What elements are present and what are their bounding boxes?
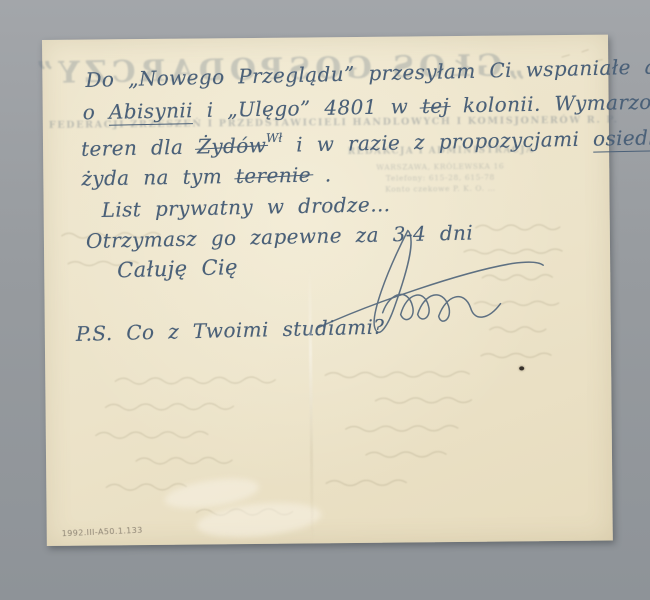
hw-l3-underlined: osiedlenia: [593, 124, 650, 152]
hw-l4-struck: terenie: [236, 163, 312, 188]
hw-l3-insertion: Wł: [266, 131, 283, 145]
hw-l2-c: i „Ulęgo” 4801 w: [193, 94, 422, 122]
document-scan-paper: „GŁOS GOSPODARCZY” FEDERACJI ZRZESZEŃ I …: [42, 35, 613, 546]
handwriting-line-4: żyda na tym terenie .: [81, 162, 332, 190]
handwriting-closing: Całuję Cię: [117, 255, 238, 282]
ink-blot: [519, 366, 524, 370]
hw-l3-a: teren dla: [81, 135, 197, 161]
hw-l4-a: żyda na tym: [81, 164, 236, 191]
hw-l4-c: .: [311, 162, 332, 186]
hw-l3-struck: Żydów: [197, 133, 267, 158]
hw-l2-e: kolonii. Wymarzony: [449, 89, 650, 117]
hw-l2-underlined: Abisynii: [109, 98, 194, 126]
hw-l2-struck: tej: [422, 93, 450, 117]
hw-l2-a: o: [82, 100, 109, 124]
